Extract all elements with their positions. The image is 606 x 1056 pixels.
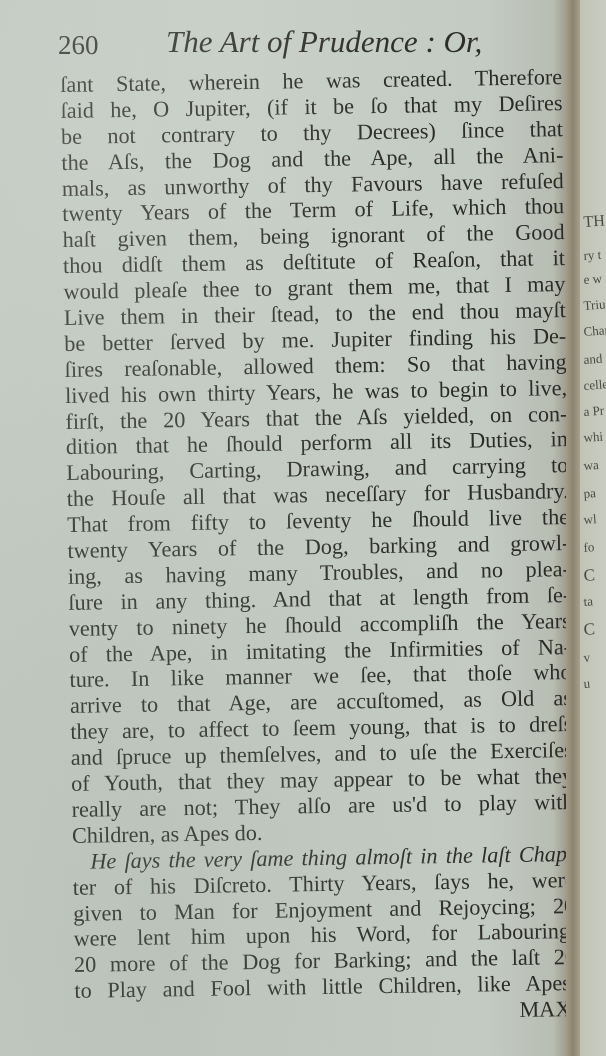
adjacent-text: C bbox=[583, 565, 596, 586]
adjacent-text: wl bbox=[583, 511, 597, 528]
adjacent-text: Char bbox=[583, 322, 606, 340]
adjacent-text: v bbox=[583, 650, 591, 666]
adjacent-text: fo bbox=[583, 539, 595, 556]
adjacent-text: u bbox=[583, 676, 591, 692]
adjacent-text: ry t bbox=[583, 247, 602, 264]
adjacent-text: pa bbox=[583, 485, 596, 502]
adjacent-text: ta bbox=[583, 593, 593, 610]
book-page: 260 The Art of Prudence : Or, ſant State… bbox=[0, 0, 570, 1056]
adjacent-text: e w bbox=[583, 271, 602, 288]
adjacent-text: and bbox=[583, 351, 603, 368]
adjacent-text: celle bbox=[583, 376, 606, 394]
book-gutter bbox=[566, 0, 580, 1056]
adjacent-text: Triu bbox=[583, 296, 606, 313]
adjacent-page-edge: TH ry t e w Triu Char and celle a Pr whi… bbox=[580, 0, 606, 1056]
body-text: ſant State, wherein he was created. Ther… bbox=[60, 64, 577, 1030]
running-title: The Art of Prudence : Or, bbox=[166, 24, 482, 60]
adjacent-text: a Pr bbox=[583, 403, 605, 420]
adjacent-text: whi bbox=[583, 429, 604, 446]
page-number: 260 bbox=[58, 30, 99, 61]
adjacent-text: C bbox=[583, 619, 596, 640]
page-header: 260 The Art of Prudence : Or, bbox=[58, 24, 528, 64]
adjacent-text: TH bbox=[583, 213, 606, 232]
adjacent-text: wa bbox=[583, 457, 599, 474]
